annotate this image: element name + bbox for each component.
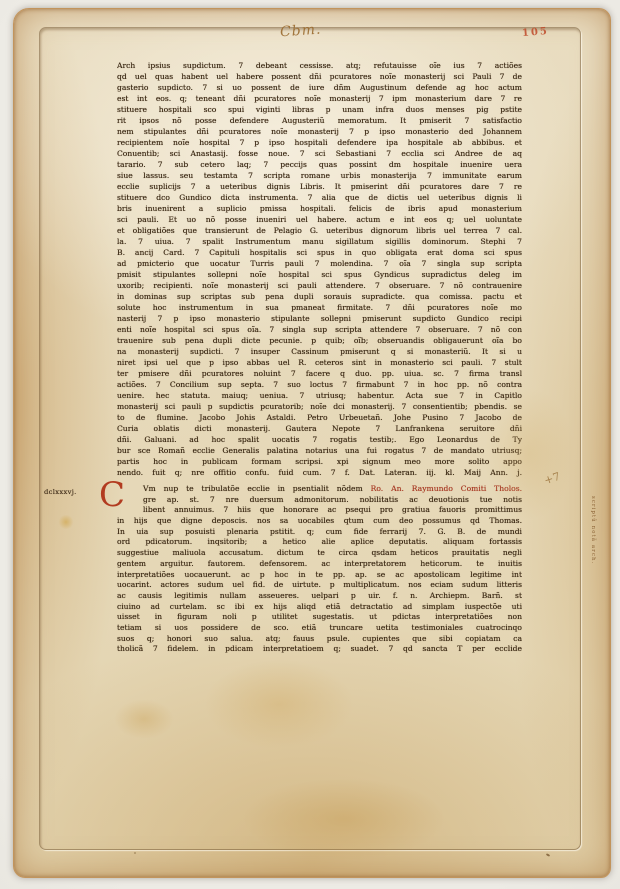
text-line: la. 7 uiua. 7 spalit Instrumentum manu s… xyxy=(117,236,522,247)
text-line: suos q; honori suo salua. atq; fauus psu… xyxy=(117,634,522,645)
text-line: uisset in figuram noli p utilitet sugest… xyxy=(117,612,522,623)
ink-speck xyxy=(546,853,550,857)
text-line: uenire. hec statuta. maiuq; ueniua. 7 ut… xyxy=(117,390,522,401)
ink-speck xyxy=(134,852,136,854)
text-line: partis hoc in publicam formam scripsi. x… xyxy=(117,456,522,467)
text-line: in hijs que digne deposcis. nos sa uocab… xyxy=(117,516,522,527)
text-line: suggestiue maliuola accusatum. dictum te… xyxy=(117,548,522,559)
text-line: recipientem noĩe hospital 7 p ipso hospi… xyxy=(117,137,522,148)
text-line: Arch ipsius supdictum. 7 debeant cessiss… xyxy=(117,60,522,71)
text-line: monasterij sci pauli p supdictis pcurato… xyxy=(117,401,522,412)
rubric-address: Ro. An. Raymundo Comiti Tholos. xyxy=(371,484,522,493)
text-line: stituere dco Gundico dicta instrumenta. … xyxy=(117,192,522,203)
text-line: tholicã 7 fidelem. in pdicam interpretat… xyxy=(117,644,522,655)
text-line: trauenire sub pena dupli dicte pecunie. … xyxy=(117,335,522,346)
text-line: to de flumine. Jacobo Johis Astaldi. Pet… xyxy=(117,412,522,423)
text-line: ad pmicterio que uocatur Turris pauli 7 … xyxy=(117,258,522,269)
text-line: nem stipulantes dñi pcuratores noĩe mona… xyxy=(117,126,522,137)
text-line: In uia sup posuisti plenaria pstitit. q;… xyxy=(117,527,522,538)
folio-number: 105 xyxy=(522,26,550,39)
text-line: interpretatiões uocauerunt. ac p hoc in … xyxy=(117,570,522,581)
text-line: pmisit stipulantes sollepni noĩe hospita… xyxy=(117,269,522,280)
text-line: qd uel quas habent uel habere possent dñ… xyxy=(117,71,522,82)
text-line: libent annuimus. 7 hiis que honorare ac … xyxy=(117,505,522,516)
text-line: tarario. 7 sub cetero laq; 7 peccijs qua… xyxy=(117,159,522,170)
text-line: ciuino ad curtelam. sc ibi ex hijs aliqd… xyxy=(117,602,522,613)
text-line: na monasterij supdicti. 7 insuper Cassin… xyxy=(117,346,522,357)
text-line: bris inuenirent a suplicio pmissa hospit… xyxy=(117,203,522,214)
manuscript-page: Cbm. 105 Arch ipsius supdictum. 7 debean… xyxy=(13,8,611,878)
text-line: gasterio supdicto. 7 si uo possent de iu… xyxy=(117,82,522,93)
text-line: uxorib; recipienti. noĩe monasterij sci … xyxy=(117,280,522,291)
text-line: gentem arguitur. fautorem. defensorem. a… xyxy=(117,559,522,570)
text-line: siue lassus. seu testamta 7 scripta roma… xyxy=(117,170,522,181)
text-line: et obligatiões que transierunt de Pelagi… xyxy=(117,225,522,236)
text-line: rit ipsos nõ posse defendere Augusteriũ … xyxy=(117,115,522,126)
text-line: ecclie suplicijs 7 a ueteribus dignis Li… xyxy=(117,181,522,192)
text-line: solute hoc instrumentum in sua pmaneat f… xyxy=(117,302,522,313)
text-line: Conuentib; sci Anastasij. fosse noue. 7 … xyxy=(117,148,522,159)
rubricated-initial: C xyxy=(99,480,125,510)
text-line: stituere hospitali sco spui viginti libr… xyxy=(117,104,522,115)
text-line: tetiam si uos possidere de sco. etiã tru… xyxy=(117,623,522,634)
text-line: nasterij 7 p ipso monasterio stipulante … xyxy=(117,313,522,324)
text-line: B. ancij Card. 7 Capituli hospitalis sci… xyxy=(117,247,522,258)
text-line: nendo. fuit q; nre offitio confu. fuid c… xyxy=(117,467,522,478)
text-line: Curia oblatis dicti monasterij. Gautera … xyxy=(117,423,522,434)
vertical-archival-note: scriptũ notã arch. xyxy=(590,496,596,626)
text-line: est int eos. q; teneant dñi pcuratores n… xyxy=(117,93,522,104)
text-line: niret ipsi uel que p ipso abbas uel R. c… xyxy=(117,357,522,368)
left-margin-note: dclxxxvj. xyxy=(44,488,77,496)
text-line: ter pmisere dñi pcuratores noluint 7 fac… xyxy=(117,368,522,379)
text-line: ord pdicatorum. inqsitorib; a hetico ali… xyxy=(117,537,522,548)
text-line: dñi. Galuani. ad hoc spalit uocatis 7 ro… xyxy=(117,434,522,445)
charter-paragraph-2: C Vm nup te tribulatõe ecclie in psentia… xyxy=(117,484,522,655)
photo-mount: Cbm. 105 Arch ipsius supdictum. 7 debean… xyxy=(0,0,620,889)
text-line: Vm nup te tribulatõe ecclie in psentiali… xyxy=(117,484,522,495)
folio-mark: Cbm. xyxy=(279,22,321,41)
text-line: bur sce Romañ ecclie Generalis palatina … xyxy=(117,445,522,456)
text-line-black: Vm nup te tribulatõe ecclie in psentiali… xyxy=(143,484,363,493)
text-line: enti noĩe hospital sci spus oĩa. 7 singl… xyxy=(117,324,522,335)
text-line: sci pauli. Et uo nõ posse inueniri uel h… xyxy=(117,214,522,225)
charter-paragraph-1: Arch ipsius supdictum. 7 debeant cessiss… xyxy=(117,60,522,478)
text-line: gre ap. st. 7 nre duersum admonitorum. n… xyxy=(117,495,522,506)
text-line: actiões. 7 Concilium sup septa. 7 suo lo… xyxy=(117,379,522,390)
text-line: uocarint. actores sudum uel fid. de uirt… xyxy=(117,580,522,591)
text-line: in dominas sup scriptas sub pena dupli s… xyxy=(117,291,522,302)
text-line: ac causis legitimis nullam asseueres. ue… xyxy=(117,591,522,602)
